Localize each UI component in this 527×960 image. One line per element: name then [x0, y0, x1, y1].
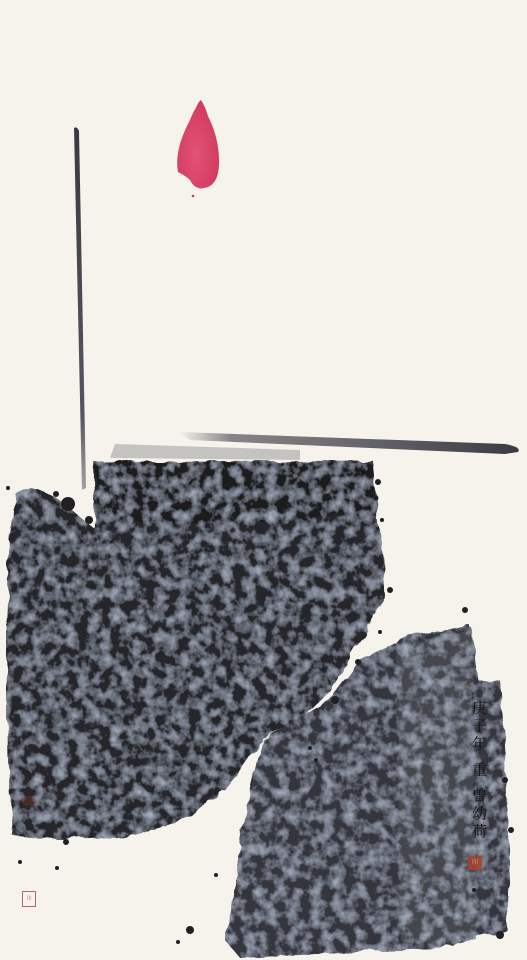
horizontal-ink-stroke [110, 432, 519, 460]
faint-seal-mark [22, 796, 36, 806]
artist-seal-right: 印 [468, 856, 482, 870]
vertical-ink-stroke [74, 127, 86, 490]
red-lotus-bud-icon [177, 100, 219, 197]
calligraphy-inscription: 庚子年 重 曾幼荷 [470, 700, 488, 842]
ink-painting [0, 0, 527, 960]
artist-seal-left: 印 [22, 891, 36, 907]
painting-canvas: 庚子年 重 曾幼荷 印 印 [0, 0, 527, 960]
